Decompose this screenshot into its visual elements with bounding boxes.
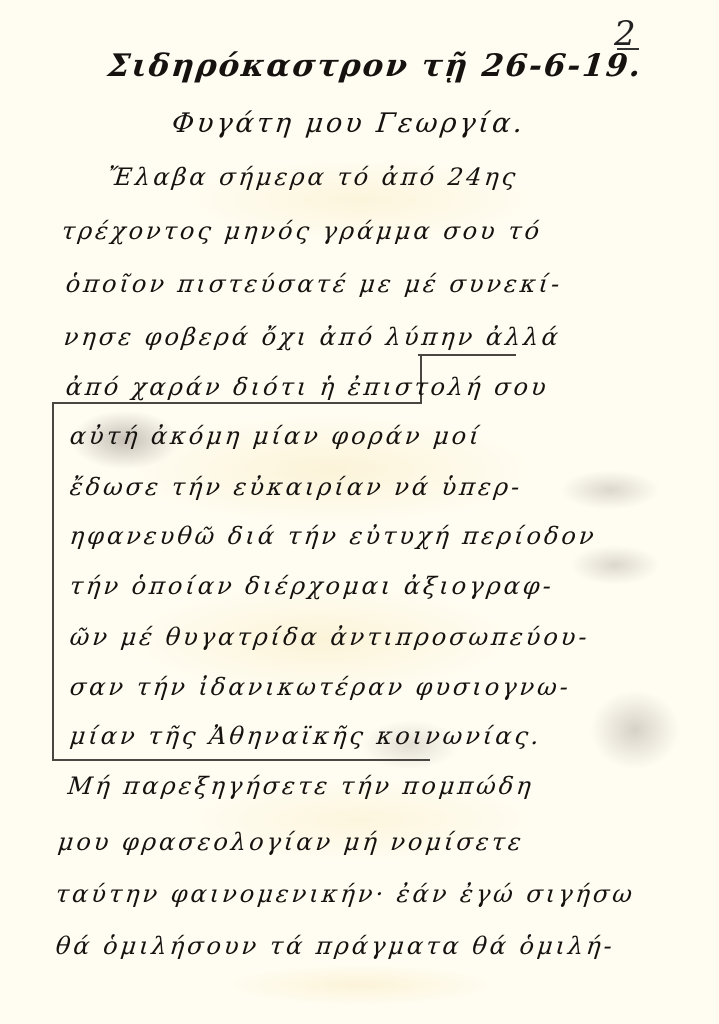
letter-line: μου φρασεολογίαν μή νομίσετε	[57, 828, 526, 856]
letter-line: θά ὁμιλήσουν τά πράγματα θά ὁμιλή-	[55, 932, 617, 960]
letter-line: ὁποῖον πιστεύσατέ με μέ συνεκί-	[65, 270, 564, 298]
letter-line: ηφανευθῶ διά τήν εὐτυχή περίοδον	[69, 522, 599, 550]
pencil-bracket-top-right	[418, 354, 516, 356]
ink-smudge	[570, 545, 660, 585]
letter-line: ῶν μέ θυγατρίδα ἀντιπροσωπεύου-	[69, 623, 592, 651]
letter-line: τήν ὁποίαν διέρχομαι ἀξιογραφ-	[69, 572, 556, 600]
letter-line: νησε φοβερά ὄχι ἀπό λύπην ἀλλά	[63, 323, 563, 351]
letter-line: ἀπό χαράν διότι ἡ ἐπιστολή σου	[65, 373, 551, 401]
letter-line: ταύτην φαινομενικήν· ἐάν ἐγώ σιγήσω	[55, 880, 637, 908]
letter-line: τρέχοντος μηνός γράμμα σου τό	[61, 217, 544, 245]
pencil-bracket-left-vertical	[52, 402, 54, 760]
ink-smudge	[590, 690, 680, 770]
letter-line: ἔδωσε τήν εὐκαιρίαν νά ὑπερ-	[69, 473, 524, 501]
pencil-bracket-top-left	[52, 402, 422, 404]
letter-salutation: Φυγάτη μου Γεωργία.	[170, 108, 526, 139]
letter-line: Μή παρεξηγήσετε τήν πομπώδη	[67, 772, 536, 800]
letter-line: Ἔλαβα σήμερα τό ἀπό 24ης	[107, 163, 520, 191]
letter-line: μίαν τῆς Ἀθηναϊκῆς κοινωνίας.	[69, 722, 544, 750]
ink-smudge	[560, 470, 660, 510]
letter-page	[0, 0, 719, 1024]
letter-line: σαν τήν ἰδανικωτέραν φυσιογνω-	[69, 673, 573, 701]
letter-line: αὐτή ἀκόμη μίαν φοράν μοί	[69, 422, 484, 450]
pencil-bracket-bottom	[52, 759, 430, 761]
letter-heading: Σιδηρόκαστρον τῇ 26-6-19.	[106, 48, 644, 84]
